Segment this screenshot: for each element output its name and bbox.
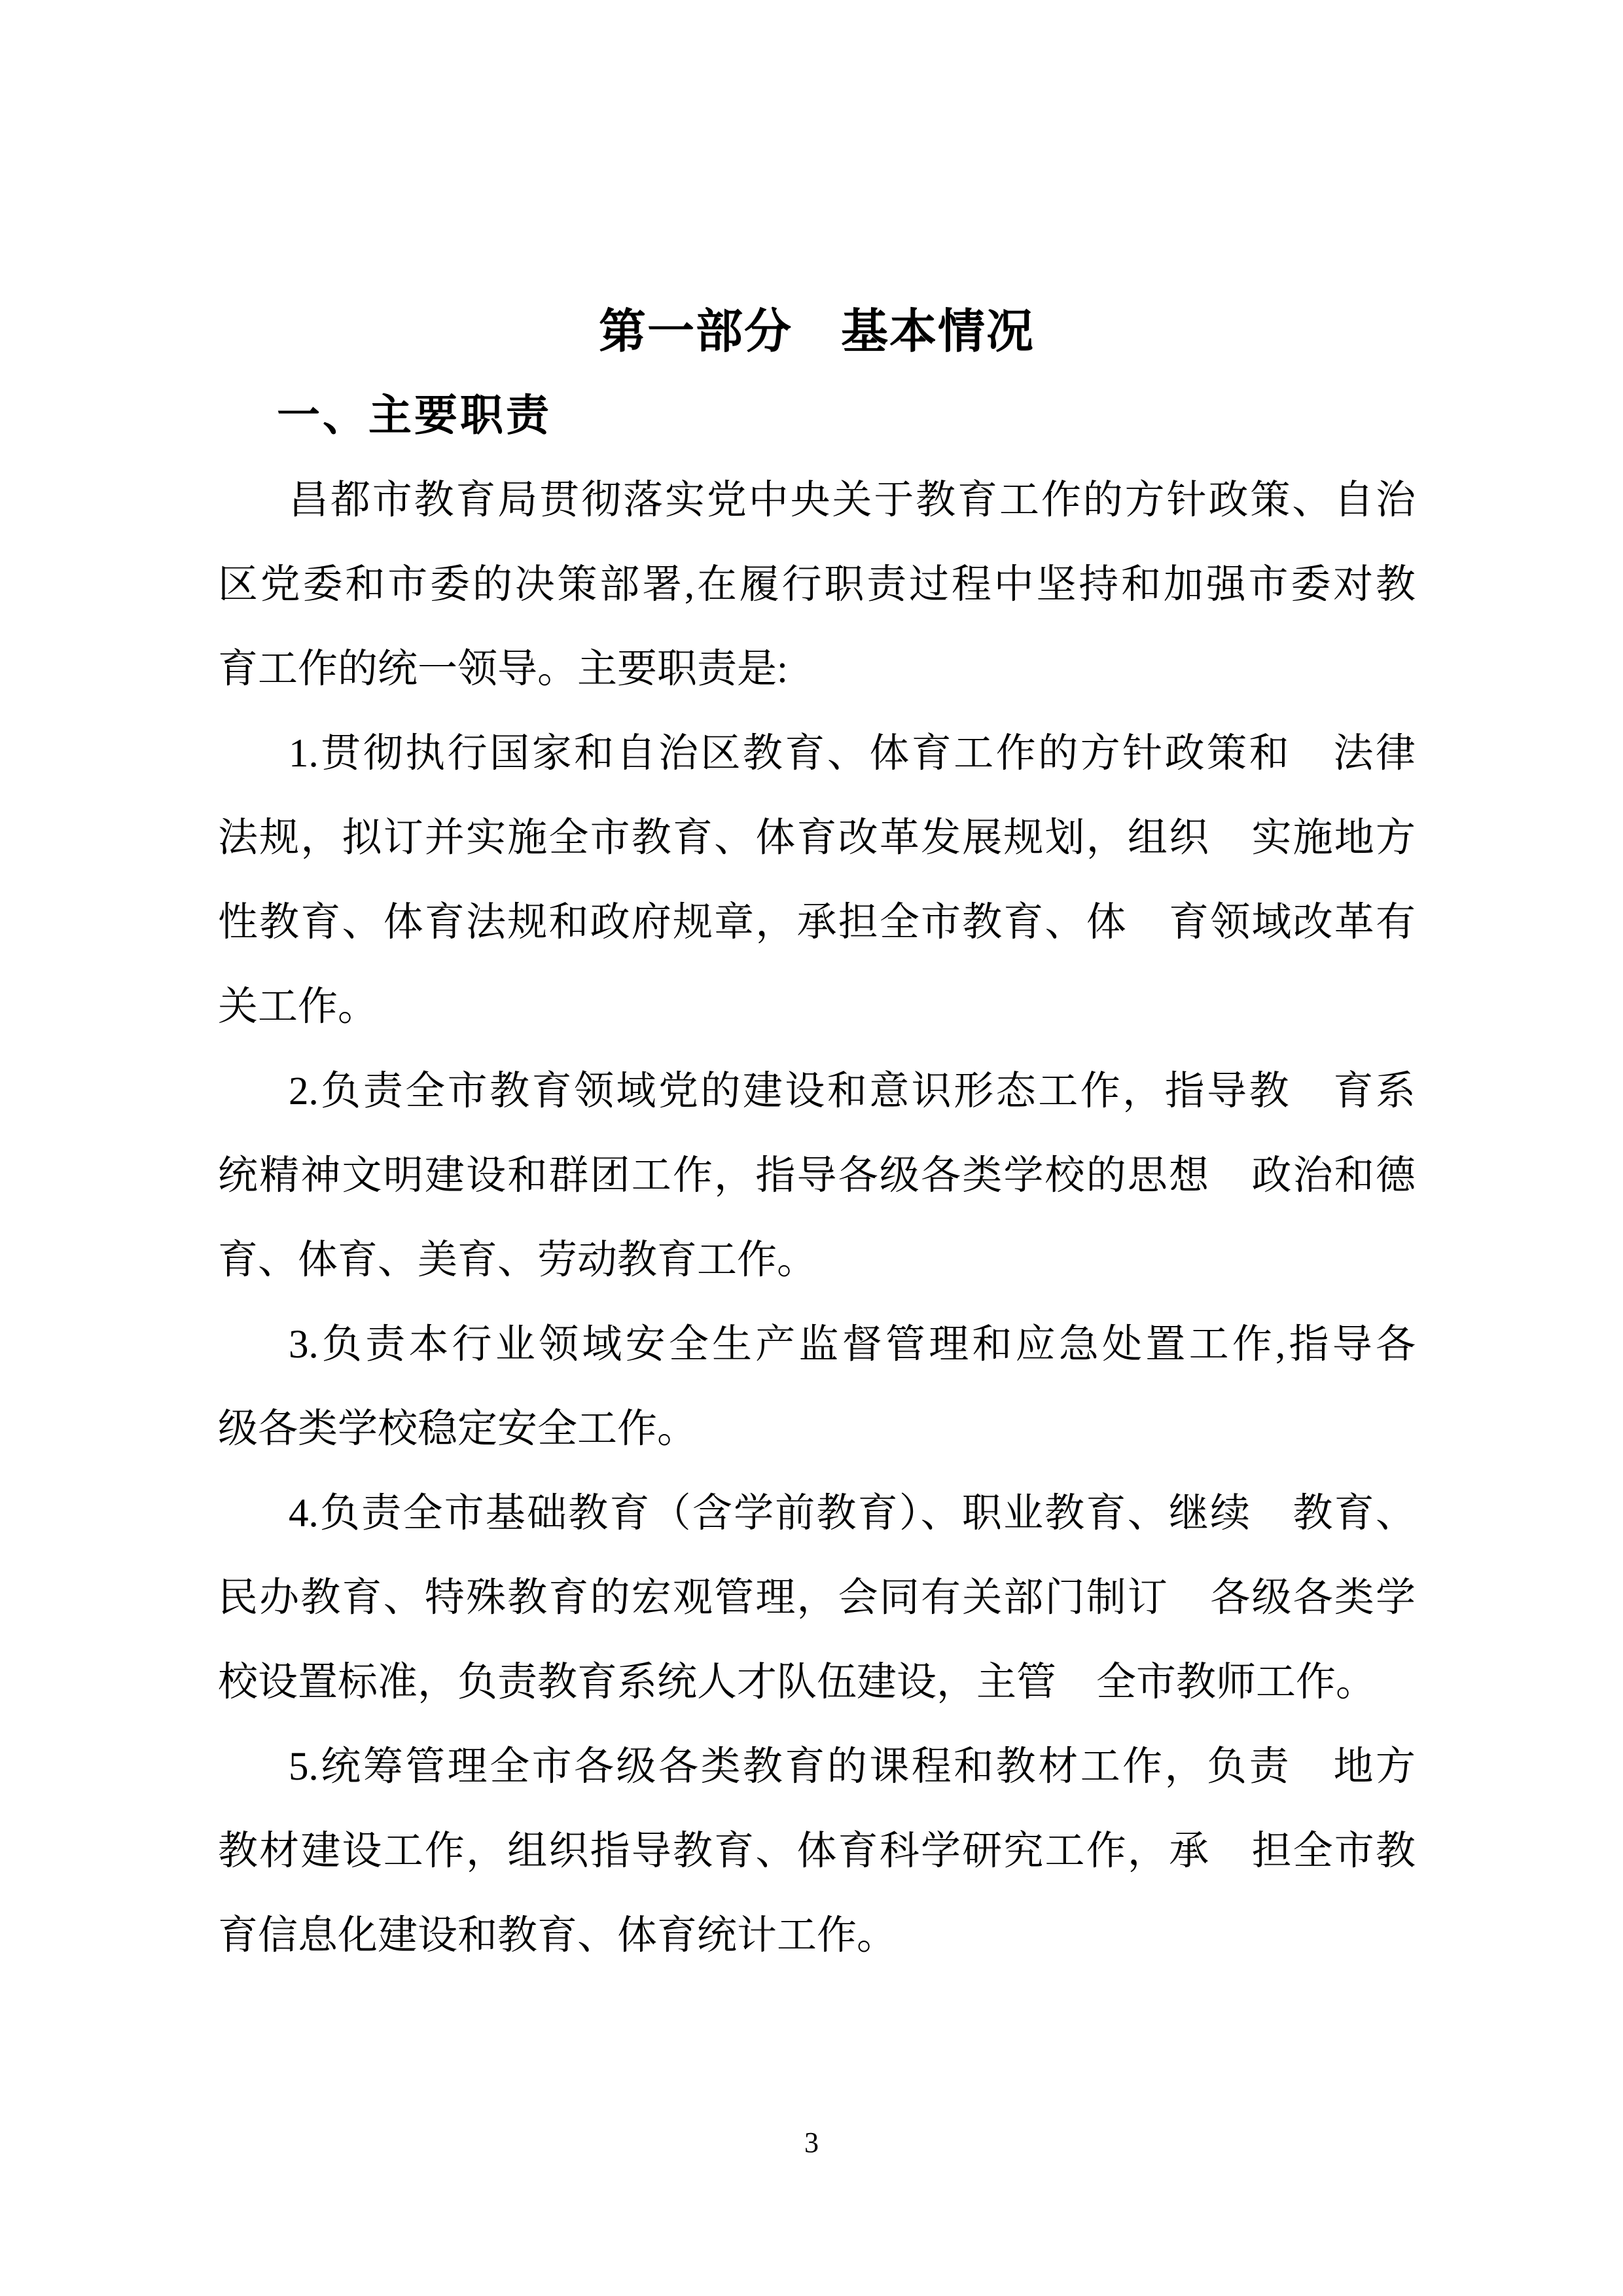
- paragraph: 昌都市教育局贯彻落实党中央关于教育工作的方针政策、自治区党委和市委的决策部署,在…: [218, 458, 1416, 711]
- document-content: 第一部分 基本情况 一、主要职责 昌都市教育局贯彻落实党中央关于教育工作的方针政…: [218, 289, 1416, 1978]
- body-text: 昌都市教育局贯彻落实党中央关于教育工作的方针政策、自治区党委和市委的决策部署,在…: [218, 458, 1416, 1978]
- paragraph: 2.负责全市教育领域党的建设和意识形态工作，指导教 育系统精神文明建设和群团工作…: [218, 1049, 1416, 1302]
- page-number: 3: [0, 2126, 1623, 2160]
- text-line: 5.统筹管理全市各级各类教育的课程和教材工作，负责 地方: [218, 1725, 1416, 1809]
- text-line: 级各类学校稳定安全工作。: [218, 1387, 1416, 1471]
- text-line: 关工作。: [218, 965, 1416, 1049]
- paragraph: 3.负责本行业领域安全生产监督管理和应急处置工作,指导各级各类学校稳定安全工作。: [218, 1302, 1416, 1471]
- text-line: 4.负责全市基础教育（含学前教育）、职业教育、继续 教育、: [218, 1471, 1416, 1556]
- text-line: 民办教育、特殊教育的宏观管理，会同有关部门制订 各级各类学: [218, 1556, 1416, 1640]
- text-line: 校设置标准，负责教育系统人才队伍建设，主管 全市教师工作。: [218, 1640, 1416, 1725]
- paragraph: 4.负责全市基础教育（含学前教育）、职业教育、继续 教育、民办教育、特殊教育的宏…: [218, 1471, 1416, 1725]
- document-page: 第一部分 基本情况 一、主要职责 昌都市教育局贯彻落实党中央关于教育工作的方针政…: [0, 0, 1623, 2296]
- text-line: 法规，拟订并实施全市教育、体育改革发展规划，组织 实施地方: [218, 796, 1416, 880]
- text-line: 育工作的统一领导。主要职责是:: [218, 627, 1416, 711]
- text-line: 教材建设工作，组织指导教育、体育科学研究工作，承 担全市教: [218, 1809, 1416, 1893]
- text-line: 性教育、体育法规和政府规章，承担全市教育、体 育领域改革有: [218, 880, 1416, 965]
- subsection-heading: 一、主要职责: [277, 374, 1416, 458]
- paragraph: 5.统筹管理全市各级各类教育的课程和教材工作，负责 地方教材建设工作，组织指导教…: [218, 1725, 1416, 1978]
- text-line: 昌都市教育局贯彻落实党中央关于教育工作的方针政策、自治: [218, 458, 1416, 543]
- text-line: 育信息化建设和教育、体育统计工作。: [218, 1893, 1416, 1978]
- paragraph: 1.贯彻执行国家和自治区教育、体育工作的方针政策和 法律法规，拟订并实施全市教育…: [218, 711, 1416, 1049]
- section-title: 第一部分 基本情况: [218, 289, 1416, 374]
- text-line: 2.负责全市教育领域党的建设和意识形态工作，指导教 育系: [218, 1049, 1416, 1134]
- text-line: 区党委和市委的决策部署,在履行职责过程中坚持和加强市委对教: [218, 543, 1416, 627]
- text-line: 1.贯彻执行国家和自治区教育、体育工作的方针政策和 法律: [218, 711, 1416, 796]
- text-line: 育、体育、美育、劳动教育工作。: [218, 1218, 1416, 1302]
- text-line: 统精神文明建设和群团工作，指导各级各类学校的思想 政治和德: [218, 1134, 1416, 1218]
- text-line: 3.负责本行业领域安全生产监督管理和应急处置工作,指导各: [218, 1302, 1416, 1387]
